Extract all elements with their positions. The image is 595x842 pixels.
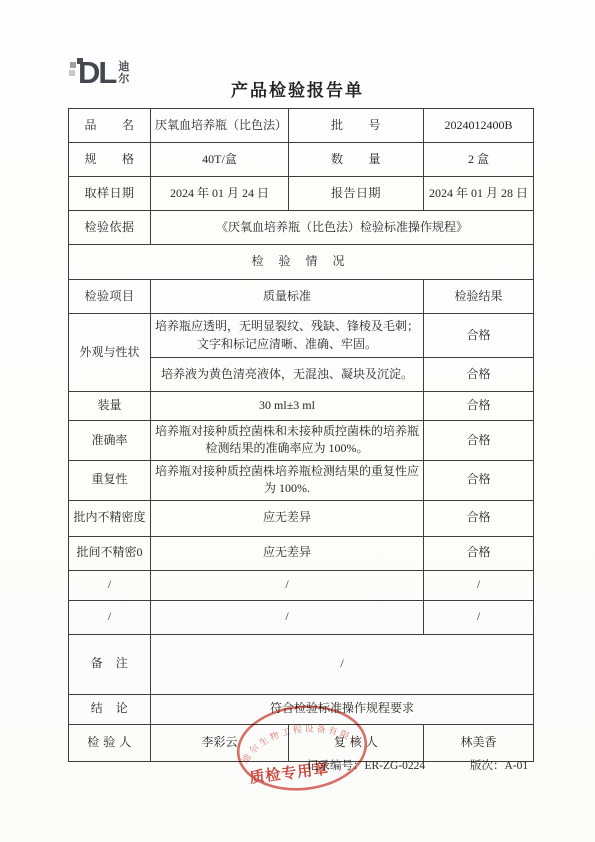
item-appearance-label: 外观与性状	[69, 314, 151, 392]
table-row: 品 名 厌氧血培养瓶（比色法） 批 号 2024012400B	[69, 109, 534, 143]
field-value-basis: 《厌氧血培养瓶（比色法）检验标准操作规程》	[151, 211, 534, 245]
table-row: 重复性 培养瓶对接种质控菌株培养瓶检测结果的重复性应为 100%. 合格	[69, 460, 534, 500]
field-label-report-date: 报告日期	[289, 177, 424, 211]
logo-pixel-squares-icon	[70, 62, 76, 68]
version-number: 版次：A-01	[470, 757, 528, 773]
report-table: 品 名 厌氧血培养瓶（比色法） 批 号 2024012400B 规 格 40T/…	[68, 108, 534, 762]
table-row: 取样日期 2024 年 01 月 24 日 报告日期 2024 年 01 月 2…	[69, 177, 534, 211]
table-row: 备 注 /	[69, 634, 534, 694]
field-value-sampling-date: 2024 年 01 月 24 日	[151, 177, 289, 211]
table-row: 批间不精密0 应无差异 合格	[69, 536, 534, 570]
standard-repeatability: 培养瓶对接种质控菌株培养瓶检测结果的重复性应为 100%.	[151, 460, 424, 500]
column-header-item: 检验项目	[69, 280, 151, 314]
field-label-sampling-date: 取样日期	[69, 177, 151, 211]
table-row: 外观与性状 培养瓶应透明，无明显裂纹、残缺、锋棱及毛刺；文字和标记应清晰、准确、…	[69, 314, 534, 358]
table-row: 检验项目 质量标准 检验结果	[69, 280, 534, 314]
table-row: 检 验 情 况	[69, 245, 534, 280]
result-blank-1: /	[424, 570, 534, 600]
column-header-standard: 质量标准	[151, 280, 424, 314]
result-accuracy: 合格	[424, 421, 534, 461]
logo-cn-top: 迪	[118, 61, 129, 73]
record-number: 记录编号：ER-ZG-0224	[307, 757, 425, 773]
field-value-report-date: 2024 年 01 月 28 日	[424, 177, 534, 211]
result-appearance-1: 合格	[424, 314, 534, 358]
field-value-quantity: 2 盒	[424, 143, 534, 177]
reviewer-label: 复 核 人	[289, 724, 424, 761]
field-label-quantity: 数 量	[289, 143, 424, 177]
table-row: / / /	[69, 570, 534, 600]
standard-blank-2: /	[151, 600, 424, 634]
item-fill-volume: 装量	[69, 392, 151, 421]
field-label-product-name: 品 名	[69, 109, 151, 143]
standard-fill-volume: 30 ml±3 ml	[151, 392, 424, 421]
table-row: 装量 30 ml±3 ml 合格	[69, 392, 534, 421]
item-intra-batch-imprecision: 批内不精密度	[69, 500, 151, 536]
standard-inter-batch: 应无差异	[151, 536, 424, 570]
field-label-spec: 规 格	[69, 143, 151, 177]
result-repeatability: 合格	[424, 460, 534, 500]
field-label-basis: 检验依据	[69, 211, 151, 245]
item-inter-batch-imprecision: 批间不精密0	[69, 536, 151, 570]
report-page: DL 迪 尔 产品检验报告单 品 名 厌氧血培养瓶（比色法） 批 号 20240…	[0, 0, 595, 842]
result-blank-2: /	[424, 600, 534, 634]
table-row: 批内不精密度 应无差异 合格	[69, 500, 534, 536]
conclusion-value: 符合检验标准操作规程要求	[151, 694, 534, 724]
conclusion-label: 结 论	[69, 694, 151, 724]
inspector-label: 检 验 人	[69, 724, 151, 761]
field-label-batch-no: 批 号	[289, 109, 424, 143]
standard-blank-1: /	[151, 570, 424, 600]
table-row: / / /	[69, 600, 534, 634]
column-header-result: 检验结果	[424, 280, 534, 314]
field-value-product-name: 厌氧血培养瓶（比色法）	[151, 109, 289, 143]
table-row: 准确率 培养瓶对接种质控菌株和未接种质控菌株的培养瓶检测结果的准确率应为 100…	[69, 421, 534, 461]
result-fill-volume: 合格	[424, 392, 534, 421]
table-row: 检验依据 《厌氧血培养瓶（比色法）检验标准操作规程》	[69, 211, 534, 245]
item-blank-1: /	[69, 570, 151, 600]
item-accuracy: 准确率	[69, 421, 151, 461]
result-intra-batch: 合格	[424, 500, 534, 536]
inspector-signature: 李彩云	[151, 724, 289, 761]
field-value-batch-no: 2024012400B	[424, 109, 534, 143]
result-inter-batch: 合格	[424, 536, 534, 570]
table-row: 检 验 人 李彩云 复 核 人 林美香	[69, 724, 534, 761]
standard-appearance-1: 培养瓶应透明，无明显裂纹、残缺、锋棱及毛刺；文字和标记应清晰、准确、牢固。	[151, 314, 424, 358]
standard-appearance-2: 培养液为黄色清亮液体，无混浊、凝块及沉淀。	[151, 358, 424, 392]
standard-intra-batch: 应无差异	[151, 500, 424, 536]
section-header-inspection: 检 验 情 况	[69, 245, 534, 280]
table-row: 结 论 符合检验标准操作规程要求	[69, 694, 534, 724]
page-title: 产品检验报告单	[0, 76, 595, 101]
field-value-spec: 40T/盒	[151, 143, 289, 177]
notes-value: /	[151, 634, 534, 694]
result-appearance-2: 合格	[424, 358, 534, 392]
item-repeatability: 重复性	[69, 460, 151, 500]
item-blank-2: /	[69, 600, 151, 634]
table-row: 规 格 40T/盒 数 量 2 盒	[69, 143, 534, 177]
notes-label: 备 注	[69, 634, 151, 694]
standard-accuracy: 培养瓶对接种质控菌株和未接种质控菌株的培养瓶检测结果的准确率应为 100%。	[151, 421, 424, 461]
reviewer-signature: 林美香	[424, 724, 534, 761]
